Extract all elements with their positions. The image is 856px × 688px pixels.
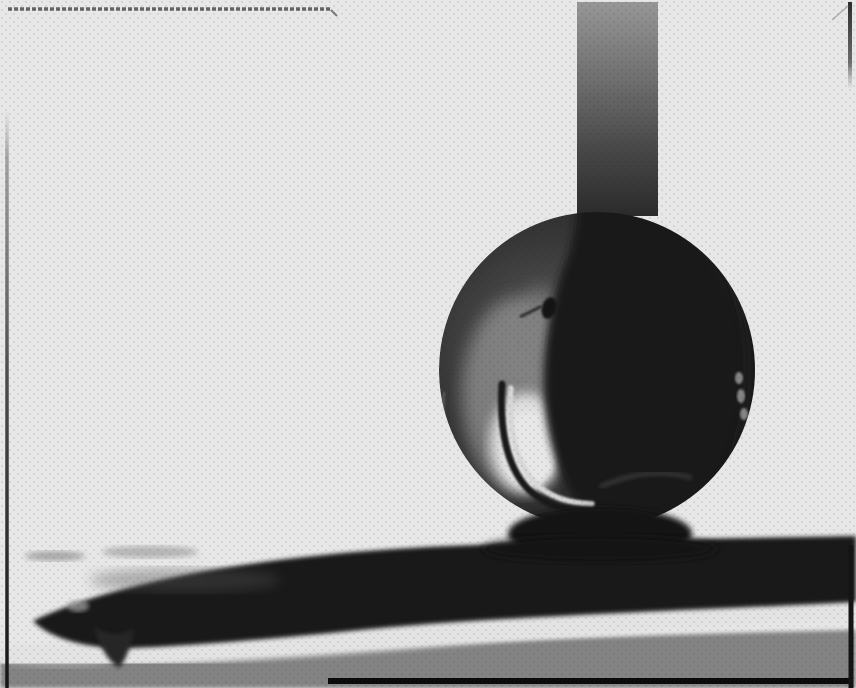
grain-overlay	[0, 0, 856, 688]
photo-canvas	[0, 0, 856, 688]
contact-angle-photo	[0, 0, 856, 688]
